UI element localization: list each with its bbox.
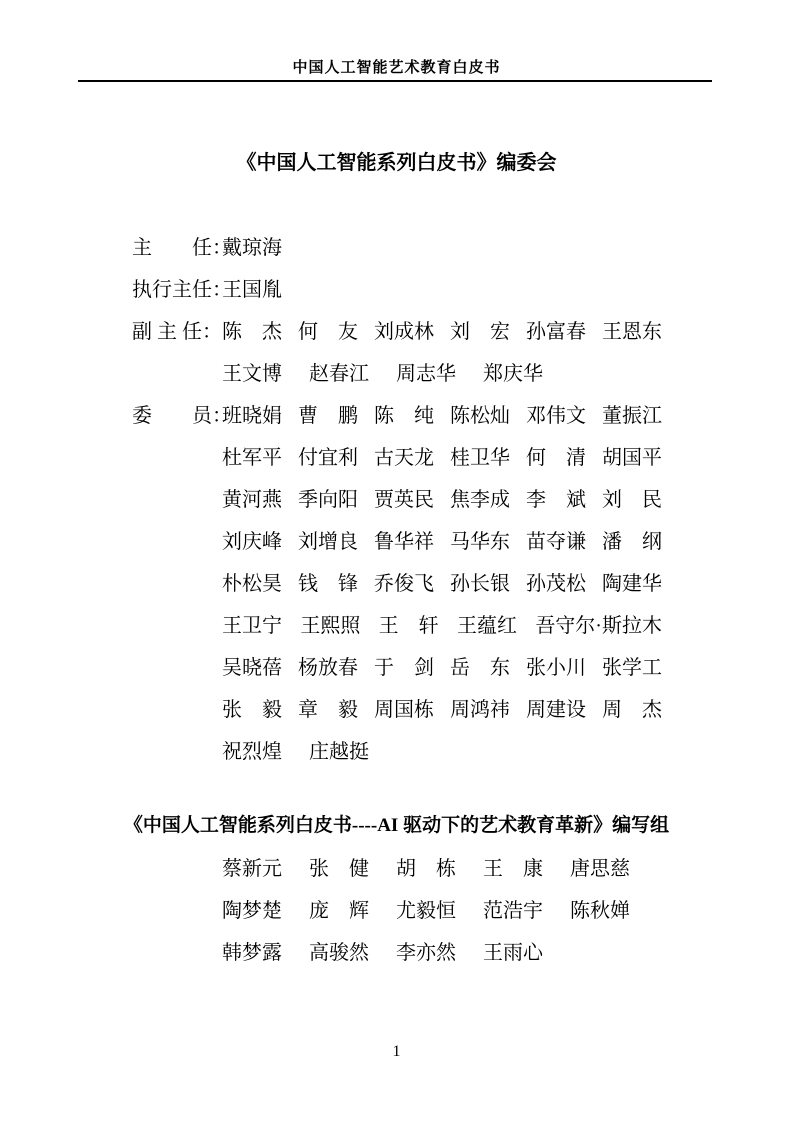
- member-name: 唐思慈: [570, 858, 630, 880]
- member-name: 刘 宏: [450, 321, 510, 343]
- member-name: 张 健: [309, 858, 369, 880]
- member-name: 钱 锋: [298, 573, 358, 595]
- name-list: 王文博赵春江周志华郑庆华: [222, 363, 662, 385]
- name-list: 黄河燕季向阳贾英民焦李成李 斌刘 民: [222, 489, 662, 511]
- member-name: 庄越挺: [309, 741, 369, 763]
- member-name: 庞 辉: [309, 900, 369, 922]
- member-name: 周国栋: [374, 699, 434, 721]
- member-name: 黄河燕: [222, 489, 282, 511]
- member-name: 李 斌: [526, 489, 586, 511]
- name-list: 蔡新元张 健胡 栋王 康唐思慈: [222, 858, 662, 880]
- name-list: 韩梦露高骏然李亦然王雨心: [222, 942, 662, 964]
- member-name: 胡 栋: [396, 858, 456, 880]
- member-name: 王恩东: [602, 321, 662, 343]
- member-name: 潘 纲: [602, 531, 662, 553]
- member-name: 马华东: [450, 531, 510, 553]
- member-name: 班晓娟: [222, 405, 282, 427]
- name-row: 王卫宁王熙照王 轩王蕴红吾守尔·斯拉木: [132, 615, 662, 657]
- name-list: 朴松昊钱 锋乔俊飞孙长银孙茂松陶建华: [222, 573, 662, 595]
- member-name: 王 轩: [379, 615, 439, 637]
- member-name: 朴松昊: [222, 573, 282, 595]
- member-name: 杨放春: [298, 657, 358, 679]
- member-name: 刘庆峰: [222, 531, 282, 553]
- name-row: 蔡新元张 健胡 栋王 康唐思慈: [222, 858, 662, 900]
- member-name: 周志华: [396, 363, 456, 385]
- name-list: 吴晓蓓杨放春于 剑岳 东张小川张学工: [222, 657, 662, 679]
- row-label: 主 任：: [132, 237, 222, 259]
- name-row: 刘庆峰刘增良鲁华祥马华东苗夺谦潘 纲: [132, 531, 662, 573]
- name-row: 杜军平付宜利古天龙桂卫华何 清胡国平: [132, 447, 662, 489]
- member-name: 乔俊飞: [374, 573, 434, 595]
- running-header: 中国人工智能艺术教育白皮书: [0, 56, 793, 77]
- member-name: 曹 鹏: [298, 405, 358, 427]
- member-name: 何 清: [526, 447, 586, 469]
- member-name: 刘增良: [298, 531, 358, 553]
- member-name: 刘成林: [374, 321, 434, 343]
- member-name: 孙茂松: [526, 573, 586, 595]
- name-list: 戴琼海: [222, 237, 662, 259]
- member-name: 陈秋婵: [570, 900, 630, 922]
- name-list: 陶梦楚庞 辉尤毅恒范浩宇陈秋婵: [222, 900, 662, 922]
- member-name: 苗夺谦: [526, 531, 586, 553]
- member-name: 章 毅: [298, 699, 358, 721]
- member-name: 王 康: [483, 858, 543, 880]
- member-name: 王文博: [222, 363, 282, 385]
- member-name: 鲁华祥: [374, 531, 434, 553]
- name-list: 祝烈煌庄越挺: [222, 741, 662, 763]
- page-number: 1: [0, 1043, 793, 1061]
- member-name: 胡国平: [602, 447, 662, 469]
- name-list: 张 毅章 毅周国栋周鸿祎周建设周 杰: [222, 699, 662, 721]
- name-list: 刘庆峰刘增良鲁华祥马华东苗夺谦潘 纲: [222, 531, 662, 553]
- name-row: 执行主任：王国胤: [132, 279, 662, 321]
- member-name: 邓伟文: [526, 405, 586, 427]
- member-name: 郑庆华: [483, 363, 543, 385]
- member-name: 张小川: [526, 657, 586, 679]
- member-name: 吾守尔·斯拉木: [535, 615, 662, 637]
- member-name: 张学工: [602, 657, 662, 679]
- member-name: 范浩宇: [483, 900, 543, 922]
- member-name: 吴晓蓓: [222, 657, 282, 679]
- committee-title: 《中国人工智能系列白皮书》编委会: [0, 146, 793, 175]
- name-row: 主 任：戴琼海: [132, 237, 662, 279]
- member-name: 赵春江: [309, 363, 369, 385]
- name-row: 副 主 任：陈 杰何 友刘成林刘 宏孙富春王恩东: [132, 321, 662, 363]
- member-name: 何 友: [298, 321, 358, 343]
- member-name: 尤毅恒: [396, 900, 456, 922]
- member-name: 戴琼海: [222, 237, 282, 259]
- member-name: 陈 杰: [222, 321, 282, 343]
- member-name: 陈松灿: [450, 405, 510, 427]
- member-name: 韩梦露: [222, 942, 282, 964]
- member-name: 王蕴红: [457, 615, 517, 637]
- name-row: 祝烈煌庄越挺: [132, 741, 662, 783]
- member-name: 季向阳: [298, 489, 358, 511]
- header-rule: [78, 80, 712, 82]
- row-label: 委 员：: [132, 405, 222, 427]
- name-row: 吴晓蓓杨放春于 剑岳 东张小川张学工: [132, 657, 662, 699]
- name-list: 王卫宁王熙照王 轩王蕴红吾守尔·斯拉木: [222, 615, 662, 637]
- name-row: 韩梦露高骏然李亦然王雨心: [222, 942, 662, 984]
- row-label: 执行主任：: [132, 279, 222, 301]
- member-name: 董振江: [602, 405, 662, 427]
- member-name: 陶梦楚: [222, 900, 282, 922]
- member-name: 周建设: [526, 699, 586, 721]
- member-name: 周 杰: [602, 699, 662, 721]
- member-name: 王熙照: [300, 615, 360, 637]
- name-list: 陈 杰何 友刘成林刘 宏孙富春王恩东: [222, 321, 662, 343]
- member-name: 高骏然: [309, 942, 369, 964]
- member-name: 岳 东: [450, 657, 510, 679]
- member-name: 孙富春: [526, 321, 586, 343]
- member-name: 蔡新元: [222, 858, 282, 880]
- member-name: 孙长银: [450, 573, 510, 595]
- member-name: 王国胤: [222, 279, 282, 301]
- member-name: 古天龙: [374, 447, 434, 469]
- member-name: 周鸿祎: [450, 699, 510, 721]
- name-row: 陶梦楚庞 辉尤毅恒范浩宇陈秋婵: [222, 900, 662, 942]
- member-name: 王卫宁: [222, 615, 282, 637]
- member-name: 于 剑: [374, 657, 434, 679]
- member-name: 李亦然: [396, 942, 456, 964]
- row-label: 副 主 任：: [132, 321, 222, 343]
- writing-group-rows: 蔡新元张 健胡 栋王 康唐思慈陶梦楚庞 辉尤毅恒范浩宇陈秋婵韩梦露高骏然李亦然王…: [222, 858, 662, 984]
- member-name: 焦李成: [450, 489, 510, 511]
- member-name: 付宜利: [298, 447, 358, 469]
- member-name: 祝烈煌: [222, 741, 282, 763]
- name-row: 张 毅章 毅周国栋周鸿祎周建设周 杰: [132, 699, 662, 741]
- committee-rows: 主 任：戴琼海执行主任：王国胤副 主 任：陈 杰何 友刘成林刘 宏孙富春王恩东王…: [132, 237, 662, 783]
- member-name: 桂卫华: [450, 447, 510, 469]
- name-row: 王文博赵春江周志华郑庆华: [132, 363, 662, 405]
- member-name: 刘 民: [602, 489, 662, 511]
- member-name: 杜军平: [222, 447, 282, 469]
- document-page: 中国人工智能艺术教育白皮书 《中国人工智能系列白皮书》编委会 主 任：戴琼海执行…: [0, 0, 793, 1122]
- name-row: 委 员：班晓娟曹 鹏陈 纯陈松灿邓伟文董振江: [132, 405, 662, 447]
- member-name: 张 毅: [222, 699, 282, 721]
- member-name: 陶建华: [602, 573, 662, 595]
- name-list: 王国胤: [222, 279, 662, 301]
- member-name: 陈 纯: [374, 405, 434, 427]
- name-list: 杜军平付宜利古天龙桂卫华何 清胡国平: [222, 447, 662, 469]
- name-row: 黄河燕季向阳贾英民焦李成李 斌刘 民: [132, 489, 662, 531]
- member-name: 贾英民: [374, 489, 434, 511]
- name-row: 朴松昊钱 锋乔俊飞孙长银孙茂松陶建华: [132, 573, 662, 615]
- writing-group-title: 《中国人工智能系列白皮书----AI 驱动下的艺术教育革新》编写组: [0, 810, 793, 837]
- member-name: 王雨心: [483, 942, 543, 964]
- name-list: 班晓娟曹 鹏陈 纯陈松灿邓伟文董振江: [222, 405, 662, 427]
